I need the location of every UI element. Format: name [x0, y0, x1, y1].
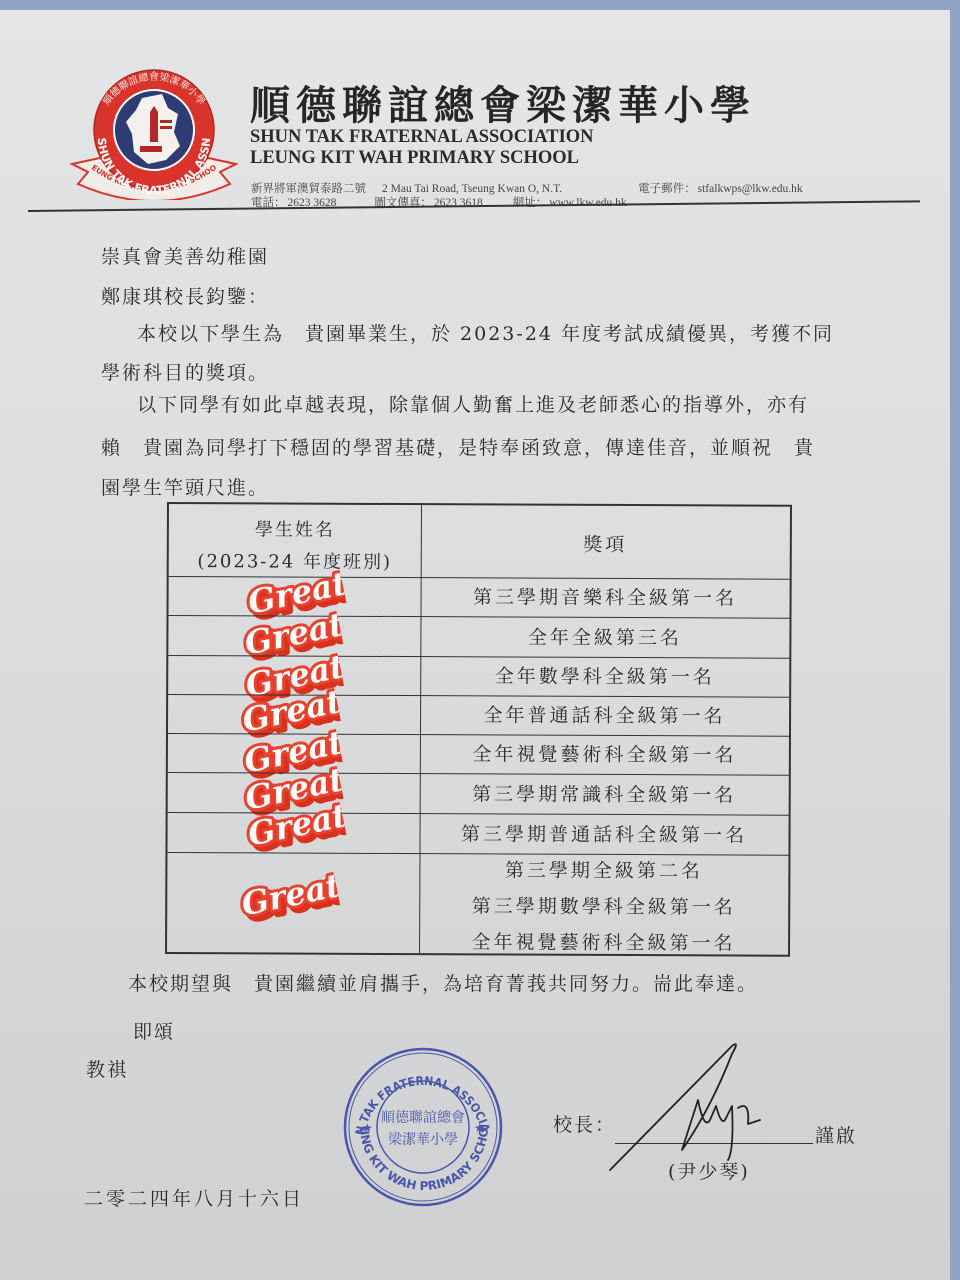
- paragraph-2-line-1: 以下同學有如此卓越表現，除靠個人勤奮上進及老師悉心的指導外，亦有: [137, 393, 809, 417]
- table-row: Great!Great!Great!全年普通話科全級第一名: [168, 694, 789, 736]
- award-text: 全年全級第三名: [528, 619, 682, 656]
- respectfully-text: 謹啟: [815, 1124, 857, 1148]
- closing-line: 本校期望與 貴園繼續並肩攜手，為培育菁莪共同努力。耑此奉達。: [128, 972, 758, 996]
- address-en: 2 Mau Tai Road, Tseung Kwan O, N.T.: [382, 183, 562, 195]
- award-cell: 第三學期常識科全級第一名: [420, 774, 789, 815]
- svg-text:★: ★: [362, 1121, 373, 1135]
- website-label: 網址：: [513, 197, 548, 209]
- table-row: Great!Great!Great!全年全級第三名: [168, 615, 789, 658]
- student-name-cell: Great!Great!Great!: [167, 853, 419, 957]
- table-row: Great!Great!Great!第三學期常識科全級第一名: [168, 772, 789, 815]
- award-cell: 全年數學科全級第一名: [420, 657, 789, 697]
- email-link[interactable]: stfalkwps@lkw.edu.hk: [698, 183, 803, 195]
- award-text: 全年普通話科全級第一名: [483, 697, 725, 734]
- school-crest-icon: LEUNG KIT WAH PRIMARY SCHOOL 順德聯誼總會梁潔華小學…: [70, 68, 238, 200]
- closing-blessing: 教祺: [86, 1058, 128, 1082]
- svg-text:順德聯誼總會: 順德聯誼總會: [381, 1110, 465, 1126]
- letter-date: 二零二四年八月十六日: [84, 1187, 304, 1211]
- award-text: 全年視覺藝術科全級第一名: [472, 736, 736, 773]
- address-zh: 新界將軍澳貿泰路二號: [251, 183, 366, 195]
- recipient-organization: 崇真會美善幼稚園: [101, 245, 269, 269]
- award-cell: 全年視覺藝術科全級第一名: [420, 735, 789, 775]
- svg-text:梁潔華小學: 梁潔華小學: [388, 1131, 458, 1148]
- paragraph-1-line-2: 學術科目的獎項。: [101, 361, 269, 385]
- recipient-salutation: 鄭康琪校長鈞鑒：: [101, 285, 269, 309]
- header-student-name: 學生姓名 (2023-24 年度班別): [169, 514, 421, 579]
- handwritten-signature-icon: [600, 1040, 820, 1180]
- award-text: 第三學期普通話科全級第一名: [461, 816, 747, 853]
- award-text: 全年數學科全級第一名: [495, 658, 715, 695]
- table-row: Great!Great!Great!全年視覺藝術科全級第一名: [168, 733, 789, 775]
- great-sticker-icon: Great!Great!Great!: [234, 864, 341, 929]
- school-name-zh: 順德聯誼總會梁潔華小學: [250, 74, 756, 131]
- table-row: Great!Great!Great!第三學期普通話科全級第一名: [167, 812, 788, 855]
- student-name-cell: Great!Great!Great!: [168, 616, 420, 656]
- award-cell: 第三學期音樂科全級第一名: [421, 578, 790, 618]
- school-seal-stamp-icon: SHUN TAK FRATERNAL ASSOCIATION LEUNG KIT…: [342, 1046, 504, 1208]
- closing-regards: 即頌: [133, 1020, 175, 1044]
- award-cell: 全年全級第三名: [420, 617, 789, 658]
- award-text: 第三學期全級第二名: [505, 852, 703, 889]
- award-text: 第三學期常識科全級第一名: [472, 776, 736, 813]
- award-text: 第三學期音樂科全級第一名: [473, 579, 737, 616]
- school-name-en: SHUN TAK FRATERNAL ASSOCIATION LEUNG KIT…: [250, 127, 594, 169]
- letter-page: LEUNG KIT WAH PRIMARY SCHOOL 順德聯誼總會梁潔華小學…: [0, 10, 950, 1280]
- award-text: 全年視覺藝術科全級第一名: [471, 924, 735, 961]
- svg-text:★: ★: [474, 1121, 485, 1135]
- award-text: 第三學期數學科全級第一名: [472, 888, 736, 925]
- table-row: Great!Great!Great!全年數學科全級第一名: [168, 655, 789, 697]
- table-row: Great!Great!Great!第三學期音樂科全級第一名: [169, 576, 790, 618]
- award-cell: 全年普通話科全級第一名: [420, 696, 789, 736]
- paragraph-1-line-1: 本校以下學生為 貴園畢業生，於 2023-24 年度考試成績優異，考獲不同: [137, 322, 834, 346]
- email-label: 電子郵件：: [638, 183, 696, 195]
- paragraph-2-line-2: 賴 貴園為同學打下穩固的學習基礎，是特奉函致意，傳達佳音，並順祝 貴: [101, 436, 815, 460]
- student-name-cell: Great!Great!Great!: [167, 813, 419, 853]
- paragraph-2-line-3: 園學生竿頭尺進。: [101, 476, 269, 500]
- table-row: Great!Great!Great!第三學期全級第二名第三學期數學科全級第一名全…: [167, 852, 788, 959]
- header-award: 獎項: [421, 529, 790, 558]
- award-table: 學生姓名 (2023-24 年度班別) 獎項 Great!Great!Great…: [165, 502, 792, 957]
- award-cell: 第三學期普通話科全級第一名: [419, 814, 788, 855]
- award-cell: 第三學期全級第二名第三學期數學科全級第一名全年視覺藝術科全級第一名: [419, 854, 788, 959]
